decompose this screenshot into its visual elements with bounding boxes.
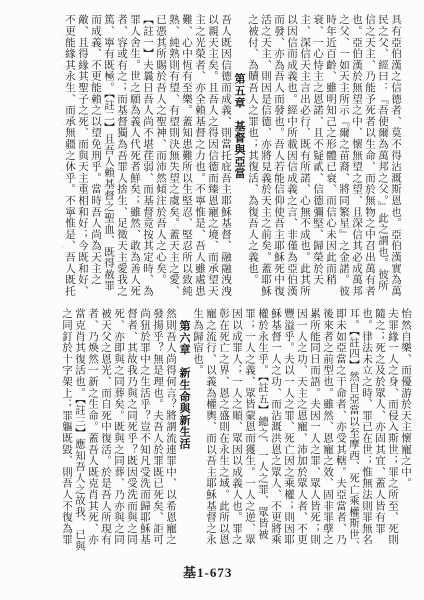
- chapter6-heading: 第六章 新生命與新生活: [178, 308, 190, 450]
- top-text-block: 具有亞伯漢之信德者、莫不得沾溉斯恩也。亞伯漢實為萬民之父、經曰：『吾使爾為萬邦之…: [62, 14, 402, 302]
- romans-ch4-ending-text: 具有亞伯漢之信德者、莫不得沾溉斯恩也。亞伯漢實為萬民之父、經曰：『吾使爾為萬邦之…: [247, 14, 401, 297]
- page-number-label: 基1-673: [183, 562, 232, 581]
- scanned-document-page: 具有亞伯漢之信德者、莫不得沾溉斯恩也。亞伯漢實為萬民之父、經曰：『吾使爾為萬邦之…: [0, 0, 424, 600]
- romans-ch5-ending-text: 怡然自樂、而優游於天主懷寵之中。 夫罪緣一人之身、而侵入斯世；罪之所至、死則隨之…: [192, 308, 411, 551]
- bottom-text-block: 怡然自樂、而優游於天主懷寵之中。 夫罪緣一人之身、而侵入斯世；罪之所至、死則隨之…: [60, 308, 412, 556]
- romans-ch5-text: 吾人既因信德而成義、則當托庇吾主耶穌基督、融融洩洩以親天主矣。且吾人之得因信德而…: [62, 14, 231, 297]
- romans-ch6-text: 然則吾人尚得何言？將謂流連罪中、以希恩寵之發揚乎？無是理也。夫吾人於罪既已死矣、…: [60, 308, 176, 551]
- chapter5-heading: 第五章 基督與亞當: [233, 14, 245, 179]
